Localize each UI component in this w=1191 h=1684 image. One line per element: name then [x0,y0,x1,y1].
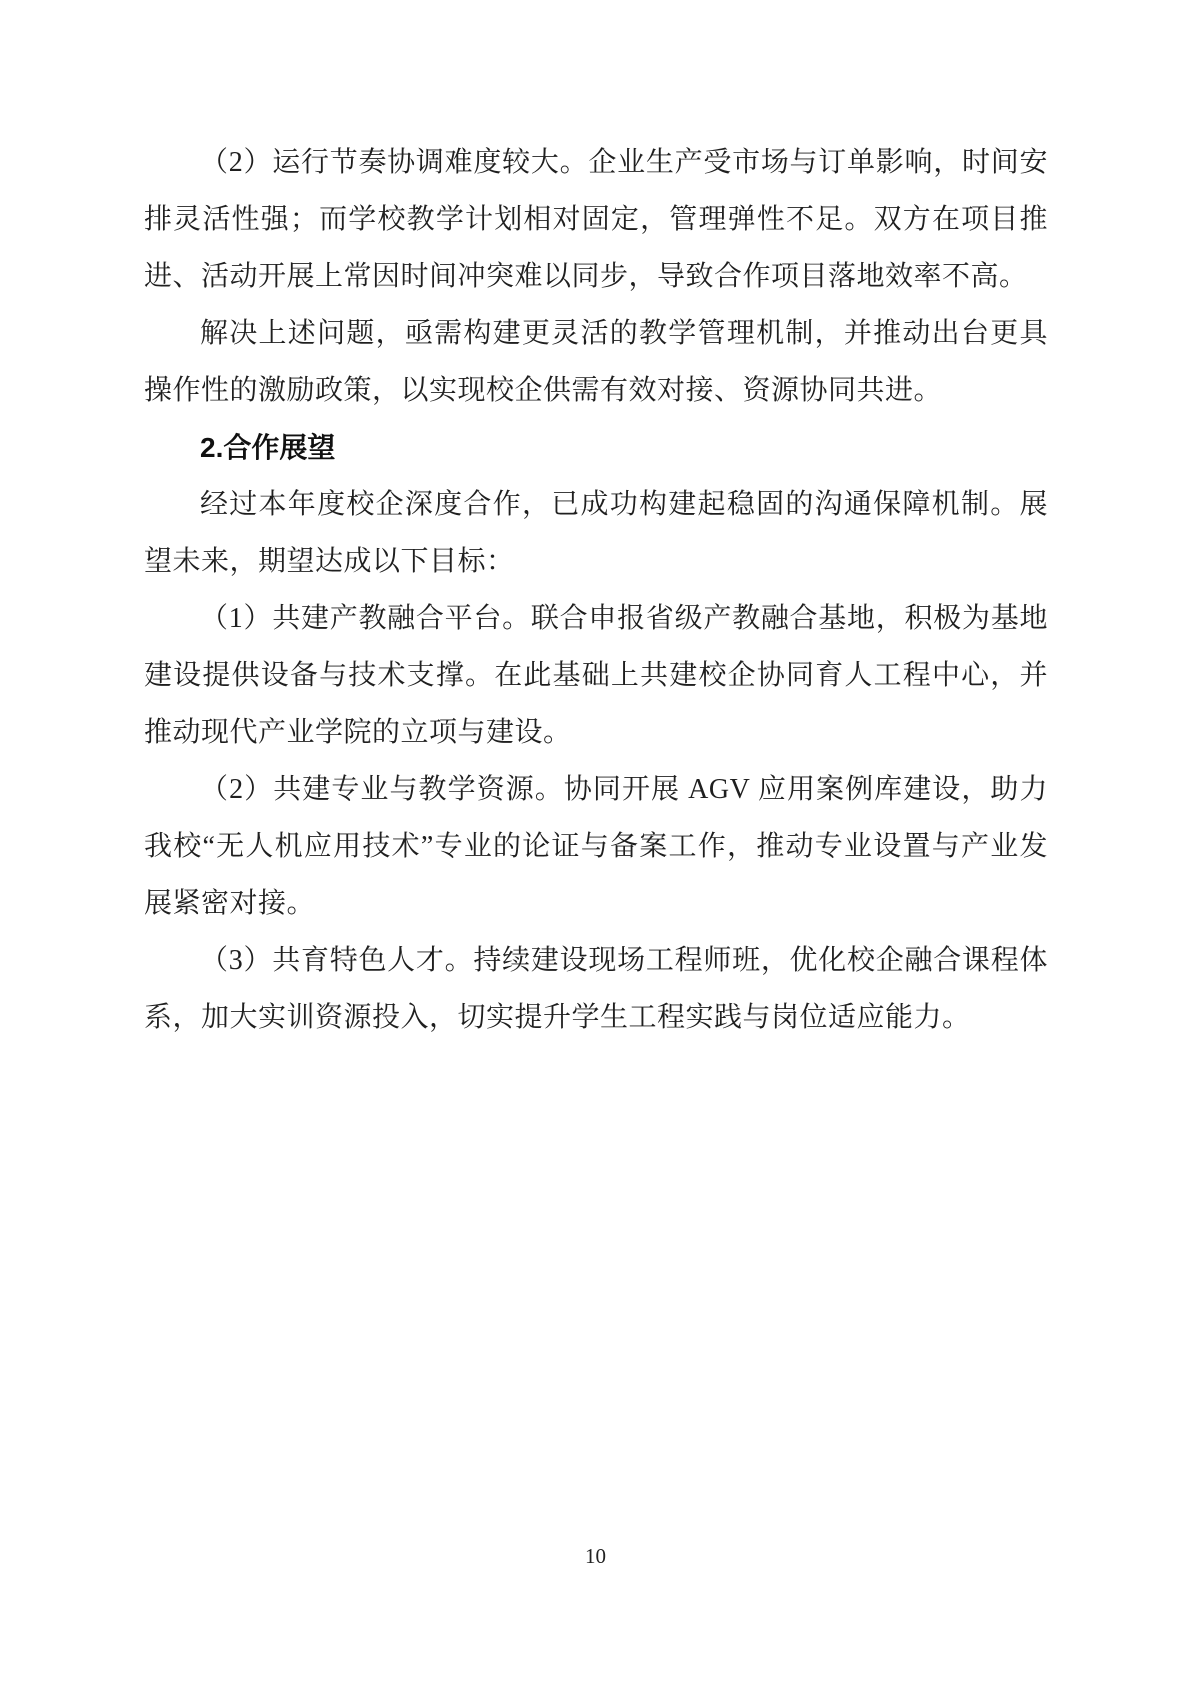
paragraph-issue-2: （2）运行节奏协调难度较大。企业生产受市场与订单影响，时间安排灵活性强；而学校教… [144,134,1048,305]
page-footer: 10 [0,1544,1191,1569]
paragraph-goal-3: （3）共育特色人才。持续建设现场工程师班，优化校企融合课程体系，加大实训资源投入… [144,932,1048,1046]
paragraph-outlook-intro: 经过本年度校企深度合作，已成功构建起稳固的沟通保障机制。展望未来，期望达成以下目… [144,476,1048,590]
document-body: （2）运行节奏协调难度较大。企业生产受市场与订单影响，时间安排灵活性强；而学校教… [144,134,1048,1046]
section-heading-cooperation-outlook: 2.合作展望 [144,419,1048,476]
paragraph-solution: 解决上述问题，亟需构建更灵活的教学管理机制，并推动出台更具操作性的激励政策，以实… [144,305,1048,419]
page-number: 10 [585,1544,606,1568]
paragraph-goal-1: （1）共建产教融合平台。联合申报省级产教融合基地，积极为基地建设提供设备与技术支… [144,590,1048,761]
document-page: （2）运行节奏协调难度较大。企业生产受市场与订单影响，时间安排灵活性强；而学校教… [0,0,1191,1684]
paragraph-goal-2: （2）共建专业与教学资源。协同开展 AGV 应用案例库建设，助力我校“无人机应用… [144,761,1048,932]
